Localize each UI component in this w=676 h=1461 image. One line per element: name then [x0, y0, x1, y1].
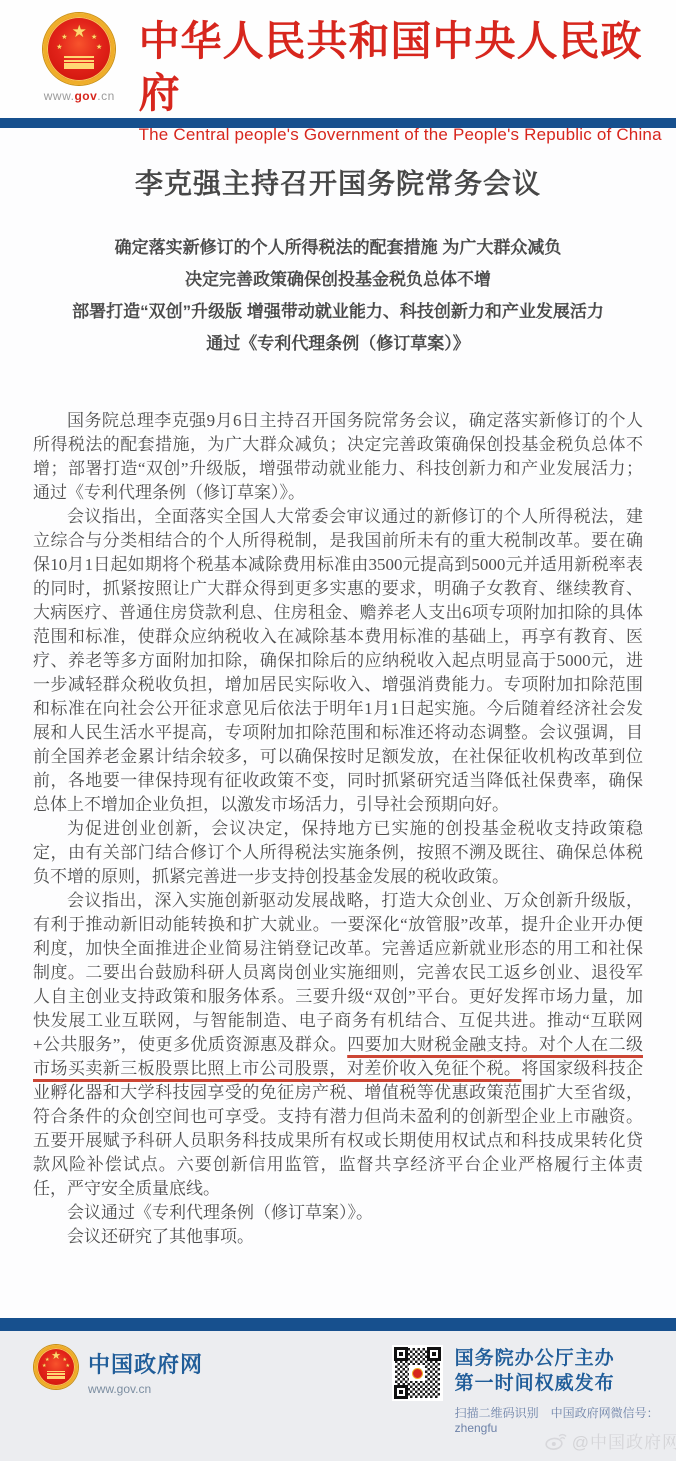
site-name-cn[interactable]: 中华人民共和国中央人民政府 — [139, 15, 676, 119]
gov-cn-article-page: ★ ★ ★ ★ ★ www.gov.cn 中华人民共和国中央人民政府 The C… — [0, 0, 676, 1461]
tiananmen-gate-icon — [64, 56, 94, 69]
logo-url-www: www. — [44, 89, 75, 103]
national-emblem-icon: ★ ★ ★ ★ ★ — [34, 1345, 78, 1389]
star-icon: ★ — [72, 23, 87, 40]
qr-code — [392, 1345, 443, 1401]
article-title: 李克强主持召开国务院常务会议 — [33, 162, 643, 202]
header-divider-bar — [0, 118, 676, 128]
article-paragraph: 会议通过《专利代理条例（修订草案）》。 — [33, 1201, 643, 1225]
site-header: ★ ★ ★ ★ ★ www.gov.cn 中华人民共和国中央人民政府 The C… — [0, 0, 676, 118]
footer-logo-text: 中国政府网 www.gov.cn — [88, 1345, 203, 1396]
star-icon: ★ — [51, 1351, 61, 1362]
paragraph-text: 将国家级科技企业孵化器和大学科技园享受的免征房产税、增值税等优惠政策范围扩大至省… — [33, 1059, 643, 1198]
article-subtitle: 确定落实新修订的个人所得税法的配套措施 为广大群众减负 — [33, 232, 643, 264]
qr-finder-icon — [427, 1347, 441, 1361]
footer-wechat-block: 国务院办公厅主办 第一时间权威发布 扫描二维码识别中国政府网微信号：zhengf… — [392, 1345, 676, 1435]
footer-site-name[interactable]: 中国政府网 — [88, 1348, 203, 1379]
star-icon: ★ — [66, 1364, 70, 1369]
weibo-handle: @中国政府网 — [572, 1428, 676, 1453]
qr-scan-label: 扫描二维码识别 — [455, 1406, 539, 1420]
qr-finder-icon — [394, 1385, 408, 1399]
article-subtitle: 部署打造“双创”升级版 增强带动就业能力、科技创新力和产业发展活力 — [33, 296, 643, 328]
footer-site-url: www.gov.cn — [88, 1382, 203, 1396]
article-paragraph: 为促进创业创新，会议决定，保持地方已实施的创投基金税收支持政策稳定，由有关部门结… — [33, 817, 643, 889]
star-icon: ★ — [56, 44, 62, 51]
article-body: 国务院总理李克强9月6日主持召开国务院常务会议，确定落实新修订的个人所得税法的配… — [33, 409, 643, 1249]
weibo-icon — [544, 1431, 568, 1451]
star-icon: ★ — [42, 1364, 46, 1369]
article-paragraph: 国务院总理李克强9月6日主持召开国务院常务会议，确定落实新修订的个人所得税法的配… — [33, 409, 643, 505]
qr-center-emblem-icon — [409, 1365, 425, 1381]
article-paragraph: 会议指出，全面落实全国人大常委会审议通过的新修订的个人所得税法，建立综合与分类相… — [33, 505, 643, 817]
national-emblem-icon: ★ ★ ★ ★ ★ — [43, 13, 115, 85]
logo-caption: www.gov.cn — [34, 89, 125, 103]
article-paragraph: 会议指出，深入实施创新驱动发展战略，打造大众创业、万众创新升级版，有利于推动新旧… — [33, 889, 643, 1201]
footer-divider-bar — [0, 1318, 676, 1331]
weibo-watermark: @中国政府网 — [544, 1428, 676, 1453]
paragraph-text: 会议指出，深入实施创新驱动发展战略，打造大众创业、万众创新升级版，有利于推动新旧… — [33, 891, 643, 1054]
star-icon: ★ — [61, 34, 67, 41]
sponsor-line: 国务院办公厅主办 — [455, 1346, 676, 1371]
footer-body: ★ ★ ★ ★ ★ 中国政府网 www.gov.cn — [0, 1331, 676, 1461]
qr-finder-icon — [394, 1347, 408, 1361]
site-footer: ★ ★ ★ ★ ★ 中国政府网 www.gov.cn — [0, 1318, 676, 1461]
logo-url-gov: gov — [74, 89, 97, 103]
star-icon: ★ — [96, 44, 102, 51]
footer-logo[interactable]: ★ ★ ★ ★ ★ 中国政府网 www.gov.cn — [34, 1345, 203, 1461]
tiananmen-gate-icon — [47, 1371, 65, 1379]
article: 李克强主持召开国务院常务会议 确定落实新修订的个人所得税法的配套措施 为广大群众… — [0, 128, 676, 1318]
article-subtitle: 决定完善政策确保创投基金税负总体不增 — [33, 264, 643, 296]
article-subtitle: 通过《专利代理条例（修订草案）》 — [33, 328, 643, 360]
sponsor-line: 第一时间权威发布 — [455, 1371, 676, 1396]
logo-url-cn: .cn — [97, 89, 115, 103]
site-logo[interactable]: ★ ★ ★ ★ ★ www.gov.cn — [34, 13, 125, 103]
footer-sponsor: 国务院办公厅主办 第一时间权威发布 扫描二维码识别中国政府网微信号：zhengf… — [455, 1345, 676, 1435]
star-icon: ★ — [91, 34, 97, 41]
article-subtitles: 确定落实新修订的个人所得税法的配套措施 为广大群众减负 决定完善政策确保创投基金… — [33, 232, 643, 360]
article-paragraph: 会议还研究了其他事项。 — [33, 1225, 643, 1249]
